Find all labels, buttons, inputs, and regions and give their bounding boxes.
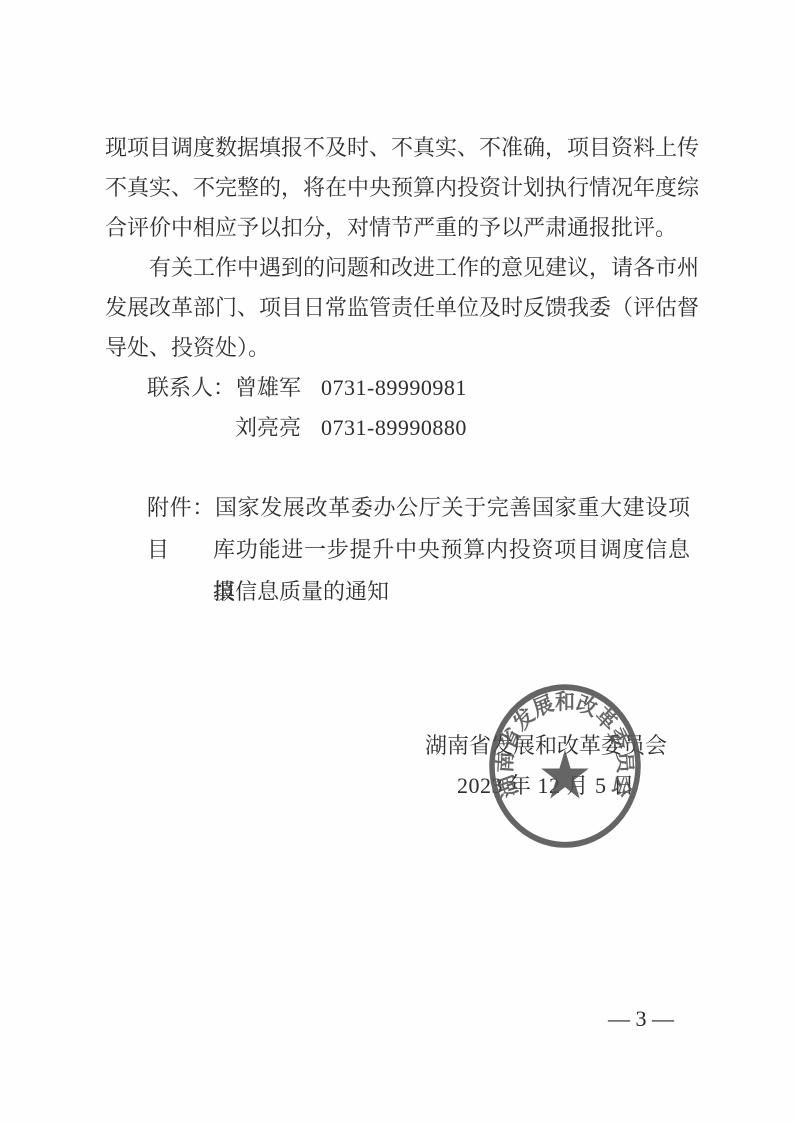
seal-star-icon <box>541 750 589 799</box>
contact1-name: 曾雄军 <box>235 375 301 400</box>
body-text: 现项目调度数据填报不及时、不真实、不准确，项目资料上传 不真实、不完整的，将在中… <box>105 128 699 448</box>
attachment-label: 附件： <box>147 495 215 520</box>
contact2-phone: 0731-89990880 <box>321 415 467 440</box>
contact-line-2: 刘亮亮0731-89990880 <box>105 408 699 448</box>
contact-label: 联系人： <box>147 375 235 400</box>
attachment-block: 附件：国家发展改革委办公厅关于完善国家重大建设项目 库功能进一步提升中央预算内投… <box>147 487 690 613</box>
contact-line-1: 联系人：曾雄军0731-89990981 <box>105 368 699 408</box>
contact1-phone: 0731-89990981 <box>321 375 467 400</box>
attachment-line1: 附件：国家发展改革委办公厅关于完善国家重大建设项目 <box>147 487 690 529</box>
paragraph2-line2: 发展改革部门、项目日常监管责任单位及时反馈我委（评估督 <box>105 288 699 328</box>
official-seal: 湖南省发展和改革委员会 <box>475 666 655 866</box>
paragraph1-line3: 合评价中相应予以扣分，对情节严重的予以严肃通报批评。 <box>105 208 699 248</box>
paragraph1-line2: 不真实、不完整的，将在中央预算内投资计划执行情况年度综 <box>105 168 699 208</box>
document-page: 现项目调度数据填报不及时、不真实、不准确，项目资料上传 不真实、不完整的，将在中… <box>0 0 794 1123</box>
attachment-line2: 库功能进一步提升中央预算内投资项目调度信息填 <box>147 529 690 571</box>
page-number: — 3 — <box>596 1005 686 1033</box>
paragraph1-line1: 现项目调度数据填报不及时、不真实、不准确，项目资料上传 <box>105 128 699 168</box>
contact2-name: 刘亮亮 <box>235 415 301 440</box>
attachment-line3: 报信息质量的通知 <box>147 571 690 613</box>
paragraph2-line3: 导处、投资处）。 <box>105 328 699 368</box>
paragraph2-line1: 有关工作中遇到的问题和改进工作的意见建议，请各市州 <box>105 248 699 288</box>
